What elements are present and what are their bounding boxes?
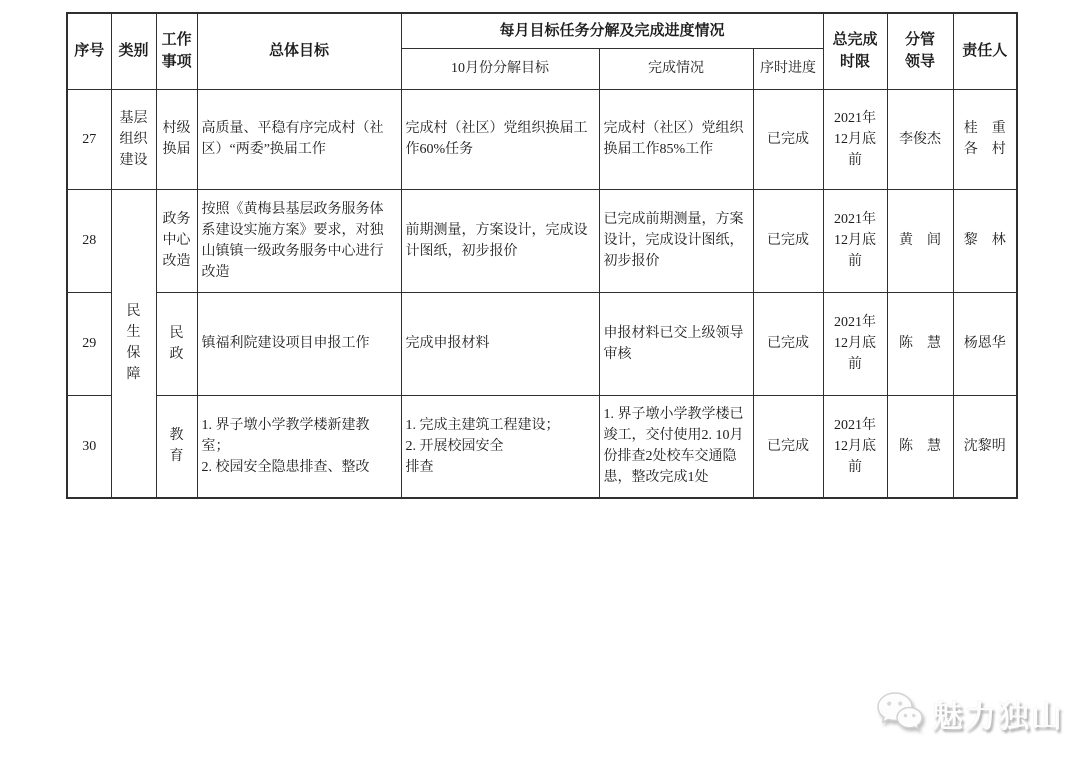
cell-completion-status: 完成村（社区）党组织换届工作85%工作 [599, 89, 753, 189]
cell-completion-status: 申报材料已交上级领导审核 [599, 292, 753, 395]
cell-schedule-progress: 已完成 [753, 395, 823, 498]
cell-deadline: 2021年 12月底前 [823, 395, 887, 498]
cell-leader: 黄 闾 [887, 189, 953, 292]
october-target-value: 完成申报材料 [406, 336, 490, 351]
header-deadline-label: 总完成时限 [831, 29, 879, 74]
header-leader-label: 分管领导 [904, 29, 936, 74]
cell-work-item: 教育 [156, 395, 197, 498]
overall-goal-value: 1. 界子墩小学教学楼新建教室； 2. 校园安全隐患排查、整改 [202, 418, 370, 475]
leader-value: 李俊杰 [899, 132, 941, 147]
watermark-label: 魅力独山 [932, 691, 1064, 736]
overall-goal-value: 高质量、平稳有序完成村（社区）“两委”换届工作 [202, 121, 384, 157]
wechat-icon [876, 690, 924, 737]
work-item-value: 村级换届 [161, 118, 191, 160]
overall-goal-value: 按照《黄梅县基层政务服务体系建设实施方案》要求，对独山镇镇一级政务服务中心进行改… [202, 202, 384, 280]
header-overall-goal-label: 总体目标 [269, 43, 329, 59]
october-target-value: 1. 完成主建筑工程建设； 2. 开展校园安全 排查 [406, 418, 560, 475]
schedule-progress-value: 已完成 [767, 439, 809, 454]
cell-overall-goal: 按照《黄梅县基层政务服务体系建设实施方案》要求，对独山镇镇一级政务服务中心进行改… [197, 189, 401, 292]
category-value: 基层组织建设 [118, 108, 148, 171]
header-serial: 序号 [67, 13, 111, 89]
cell-deadline: 2021年 12月底前 [823, 89, 887, 189]
cell-october-target: 前期测量，方案设计，完成设计图纸，初步报价 [401, 189, 599, 292]
work-item-value: 教育 [169, 425, 184, 467]
header-category: 类别 [111, 13, 156, 89]
cell-schedule-progress: 已完成 [753, 292, 823, 395]
cell-serial: 27 [67, 89, 111, 189]
cell-october-target: 完成申报材料 [401, 292, 599, 395]
cell-october-target: 1. 完成主建筑工程建设； 2. 开展校园安全 排查 [401, 395, 599, 498]
cell-work-item: 民政 [156, 292, 197, 395]
header-category-label: 类别 [118, 43, 148, 59]
header-monthly-breakdown: 每月目标任务分解及完成进度情况 [401, 13, 823, 48]
deadline-value: 2021年 12月底前 [834, 111, 876, 168]
cell-responsible: 杨恩华 [953, 292, 1017, 395]
cell-responsible: 黎 林 [953, 189, 1017, 292]
header-leader: 分管领导 [887, 13, 953, 89]
cell-leader: 陈 慧 [887, 292, 953, 395]
cell-deadline: 2021年 12月底前 [823, 189, 887, 292]
leader-value: 黄 闾 [899, 233, 941, 248]
cell-overall-goal: 1. 界子墩小学教学楼新建教室； 2. 校园安全隐患排查、整改 [197, 395, 401, 498]
cell-serial: 30 [67, 395, 111, 498]
completion-status-value: 完成村（社区）党组织换届工作85%工作 [604, 121, 744, 157]
cell-overall-goal: 高质量、平稳有序完成村（社区）“两委”换届工作 [197, 89, 401, 189]
completion-status-value: 申报材料已交上级领导审核 [604, 326, 744, 362]
october-target-value: 前期测量，方案设计，完成设计图纸，初步报价 [406, 223, 588, 259]
schedule-progress-value: 已完成 [767, 233, 809, 248]
cell-schedule-progress: 已完成 [753, 89, 823, 189]
cell-deadline: 2021年 12月底前 [823, 292, 887, 395]
subheader-schedule-progress: 序时进度 [753, 48, 823, 89]
responsible-value: 桂 重 各 村 [964, 121, 1006, 157]
serial-value: 29 [82, 336, 96, 351]
deadline-value: 2021年 12月底前 [834, 315, 876, 372]
subheader-october-target: 10月份分解目标 [401, 48, 599, 89]
cell-schedule-progress: 已完成 [753, 189, 823, 292]
header-responsible: 责任人 [953, 13, 1017, 89]
header-responsible-label: 责任人 [962, 43, 1007, 59]
cell-work-item: 村级换届 [156, 89, 197, 189]
overall-goal-value: 镇福利院建设项目申报工作 [202, 336, 370, 351]
cell-work-item: 政务中心改造 [156, 189, 197, 292]
document-page: 序号 类别 工作事项 总体目标 每月目标任务分解及完成进度情况 总完成时限 分管… [0, 0, 1080, 763]
cell-responsible: 桂 重 各 村 [953, 89, 1017, 189]
table-row-28: 28 民生保障 政务中心改造 按照《黄梅县基层政务服务体系建设实施方案》要求，对… [67, 189, 1017, 292]
serial-value: 30 [82, 439, 96, 454]
serial-value: 28 [82, 233, 96, 248]
subheader-october-target-label: 10月份分解目标 [451, 61, 549, 76]
header-overall-goal: 总体目标 [197, 13, 401, 89]
deadline-value: 2021年 12月底前 [834, 418, 876, 475]
cell-category: 基层组织建设 [111, 89, 156, 189]
cell-completion-status: 1. 界子墩小学教学楼已竣工，交付使用2. 10月份排查2处校车交通隐患，整改完… [599, 395, 753, 498]
responsible-value: 杨恩华 [964, 336, 1006, 351]
header-work-item: 工作事项 [156, 13, 197, 89]
completion-status-value: 已完成前期测量，方案设计，完成设计图纸，初步报价 [604, 212, 744, 269]
leader-value: 陈 慧 [899, 439, 941, 454]
work-item-value: 政务中心改造 [161, 209, 191, 272]
header-deadline: 总完成时限 [823, 13, 887, 89]
subheader-schedule-progress-label: 序时进度 [760, 61, 816, 76]
leader-value: 陈 慧 [899, 336, 941, 351]
monthly-task-progress-table: 序号 类别 工作事项 总体目标 每月目标任务分解及完成进度情况 总完成时限 分管… [66, 12, 1018, 499]
category-value: 民生保障 [126, 301, 141, 385]
cell-overall-goal: 镇福利院建设项目申报工作 [197, 292, 401, 395]
cell-responsible: 沈黎明 [953, 395, 1017, 498]
deadline-value: 2021年 12月底前 [834, 212, 876, 269]
cell-leader: 陈 慧 [887, 395, 953, 498]
subheader-completion-status: 完成情况 [599, 48, 753, 89]
cell-leader: 李俊杰 [887, 89, 953, 189]
responsible-value: 沈黎明 [964, 439, 1006, 454]
work-item-value: 民政 [169, 323, 184, 365]
header-monthly-breakdown-label: 每月目标任务分解及完成进度情况 [500, 23, 725, 39]
cell-serial: 28 [67, 189, 111, 292]
serial-value: 27 [82, 132, 96, 147]
schedule-progress-value: 已完成 [767, 336, 809, 351]
completion-status-value: 1. 界子墩小学教学楼已竣工，交付使用2. 10月份排查2处校车交通隐患，整改完… [604, 407, 744, 485]
responsible-value: 黎 林 [964, 233, 1006, 248]
header-serial-label: 序号 [74, 43, 104, 59]
cell-october-target: 完成村（社区）党组织换届工作60%任务 [401, 89, 599, 189]
schedule-progress-value: 已完成 [767, 132, 809, 147]
subheader-completion-status-label: 完成情况 [648, 61, 704, 76]
cell-category-merged: 民生保障 [111, 189, 156, 498]
cell-serial: 29 [67, 292, 111, 395]
wechat-watermark: 魅力独山 [876, 690, 1064, 737]
table-row-29: 29 民政 镇福利院建设项目申报工作 完成申报材料 申报材料已交上级领导审核 已… [67, 292, 1017, 395]
header-work-item-label: 工作事项 [161, 29, 193, 74]
cell-completion-status: 已完成前期测量，方案设计，完成设计图纸，初步报价 [599, 189, 753, 292]
header-row-1: 序号 类别 工作事项 总体目标 每月目标任务分解及完成进度情况 总完成时限 分管… [67, 13, 1017, 48]
table-row-27: 27 基层组织建设 村级换届 高质量、平稳有序完成村（社区）“两委”换届工作 完… [67, 89, 1017, 189]
october-target-value: 完成村（社区）党组织换届工作60%任务 [406, 121, 588, 157]
table-row-30: 30 教育 1. 界子墩小学教学楼新建教室； 2. 校园安全隐患排查、整改 1.… [67, 395, 1017, 498]
